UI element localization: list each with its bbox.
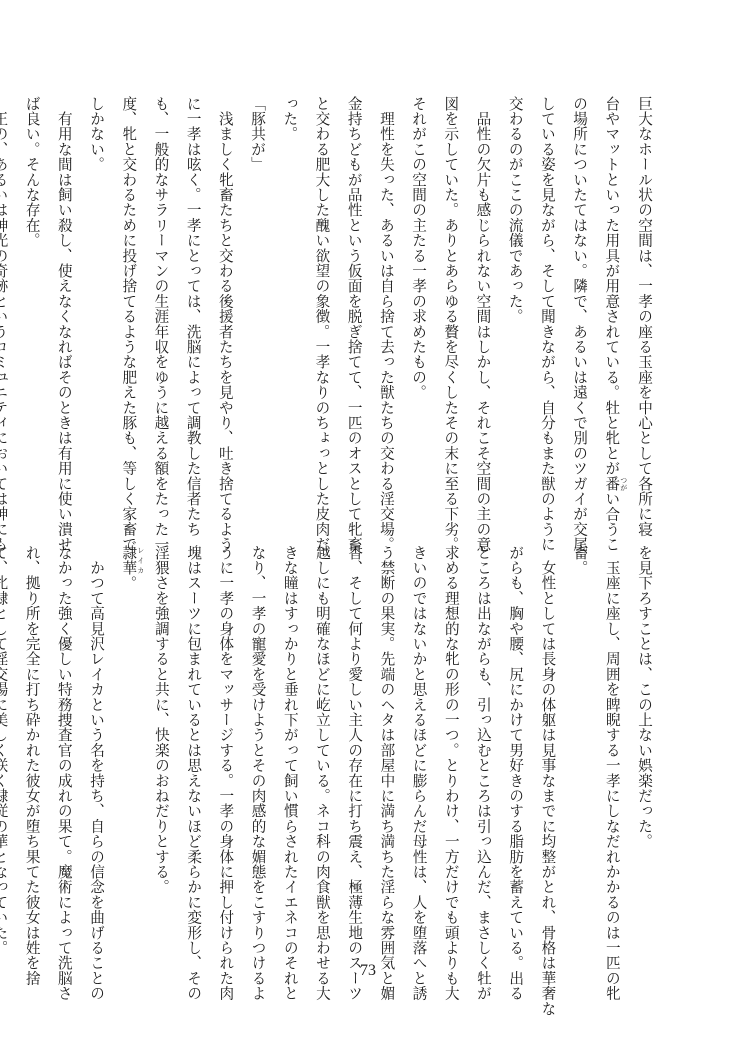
text-line: うに一孝の身体をマッサージする。一孝の身体に押し付けられた肉 [209,545,241,955]
text-line: 塊はスーツに包まれているとは思えないほど柔らかに変形し、その [177,545,209,955]
text-line: 淫猥さを強調すると共に、快楽のおねだりとする。 [145,545,177,955]
text-line: それがこの空間の主たる一孝の求めたもの。 [402,96,434,506]
text-line: て、牝隷として淫交場に美しく咲く隷従の華となっていた。 [0,545,15,955]
text-line: 図を示していた。ありとあらゆる贅を尽くしたその末に至る下劣。 [434,96,466,506]
book-page: 巨大なホール状の空間は、一孝の座る玉座を中心として各所に寝台やマットといった用具… [0,0,736,1039]
upper-text-block: 巨大なホール状の空間は、一孝の座る玉座を中心として各所に寝台やマットといった用具… [0,96,660,506]
text-line: かつて高見沢レイカという名を持ち、自らの信念を曲げることの [80,545,112,955]
text-line: 畜。 [563,545,595,955]
text-line: 越しにも明確なほどに屹立している。ネコ科の肉食獣を思わせる大 [306,545,338,955]
text-line: を見下ろすことは、この上ない娯楽だった。 [628,545,660,955]
text-line: 品性の欠片も感じられない空間はしかし、それこそ空間の主の意 [466,96,498,506]
lower-text-block: を見下ろすことは、この上ない娯楽だった。 玉座に座し、周囲を睥睨する一孝にしなだ… [0,545,660,955]
text-line: 巨大なホール状の空間は、一孝の座る玉座を中心として各所に寝 [628,96,660,506]
text-line: 王の、あるいは神光の奇跡というコミュニティにおいては神にも [0,96,15,506]
text-line: きな瞳はすっかりと垂れ下がって飼い慣らされたイエネコのそれと [274,545,306,955]
text-line: 女性としては長身の体躯は見事なまでに均整がとれ、骨格は華奢な [531,545,563,955]
text-line: 浅ましく牝畜たちと交わる後援者たちを見やり、吐き捨てるよう [209,96,241,506]
page-number: 73 [0,962,736,980]
text-line: なかった強く優しい特務捜査官の成れの果て。魔術によって洗脳さ [48,545,80,955]
text-line: している姿を見ながら、そして聞きながら、自分もまた獣のように [531,96,563,506]
text-line: 台やマットといった用具が用意されている。牡と牝とが番つがい合うこ [595,96,628,506]
text-line: ところは出ながらも、引っ込むところは引っ込んだ、まさしく牡が [467,545,499,955]
text-line: きいのではないかと思えるほどに膨らんだ母性は、人を堕落へと誘 [402,545,434,955]
text-line: 有用な間は飼い殺し、使えなくなればそのときは有用に使い潰せ [48,96,80,506]
text-line: 「豚共が」 [241,96,273,506]
text-line: 玉座に座し、周囲を睥睨する一孝にしなだれかかるのは一匹の牝 [596,545,628,955]
text-line: れ、拠り所を完全に打ち砕かれた彼女が堕ち果てた彼女は姓を捨 [15,545,47,955]
text-line: 香、そして何より愛しい主人の存在に打ち震え、極薄生地のスーツ [338,545,370,955]
text-line: った。 [273,96,305,506]
text-line: 理性を失った、あるいは自ら捨て去った獣たちの交わる淫交場。 [370,96,402,506]
text-line: ば良い。そんな存在。 [15,96,47,506]
ruby-annotation: 隷華レイカ [120,545,137,575]
text-line: 度、牝と交わるために投げ捨てるような肥えた豚も、等しく家畜で [112,96,144,506]
ruby-annotation: 番つが [603,476,620,491]
text-line: に一孝は呟く。一孝にとっては、洗脳によって調教した信者たち [176,96,208,506]
text-line: 金持ちどもが品性という仮面を脱ぎ捨てて、一匹のオスとして牝畜 [337,96,369,506]
text-line: がらも、胸や腰、尻にかけて男好きのする脂肪を蓄えている。出る [499,545,531,955]
text-line: 交わるのがここの流儀であった。 [498,96,530,506]
text-line: なり、一孝の寵愛を受けようとその肉感的な媚態をこすりつけるよ [241,545,273,955]
text-line: も、一般的なサラリーマンの生涯年収をゆうに越える額をたった一 [144,96,176,506]
text-line: 隷華レイカ。 [112,545,145,955]
text-line: と交わる肥大した醜い欲望の象徴。一孝なりのちょっとした皮肉だ [305,96,337,506]
text-line: 求める理想的な牝の形の一つ。とりわけ、一方だけでも頭よりも大 [435,545,467,955]
text-line: う禁断の果実。先端のヘタは部屋中に満ち満ちた淫らな雰囲気と媚 [370,545,402,955]
text-line: しかない。 [80,96,112,506]
text-line: の場所についたてはない。隣で、あるいは遠くで別のツガイが交尾 [563,96,595,506]
